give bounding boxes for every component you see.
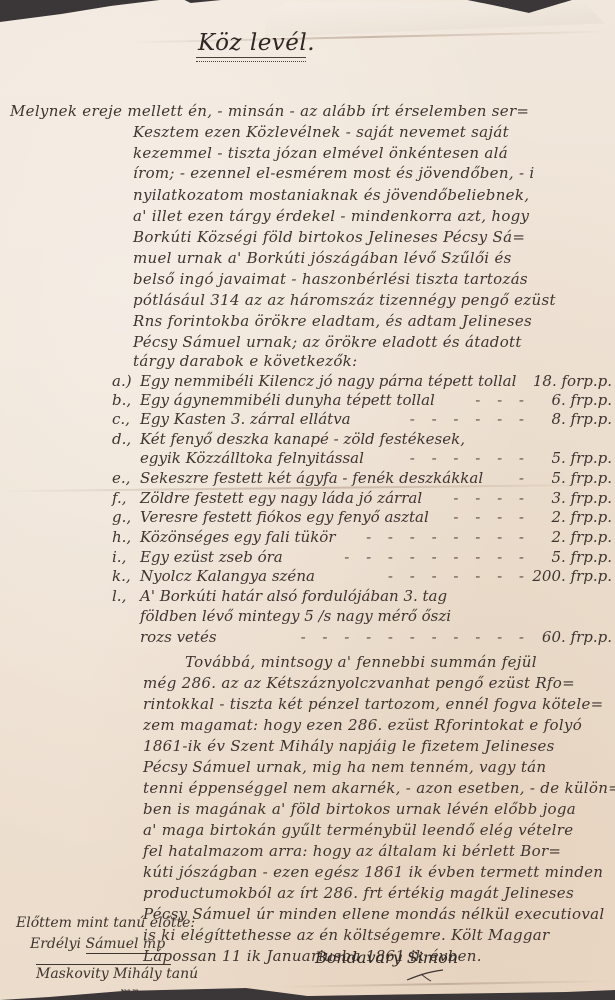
title-underline — [196, 57, 306, 62]
item-leader: - - - - - - - - - — [344, 548, 530, 566]
inventory-item: rozs vetés - - - - - - - - - - - 60. frp… — [112, 628, 612, 646]
item-description: Sekeszre festett két ágyfa - fenék deszk… — [140, 469, 483, 487]
inventory-item: d., Két fenyő deszka kanapé - zöld festé… — [112, 430, 612, 448]
item-letter: f., — [112, 489, 134, 507]
item-leader: - - - - - - - — [388, 567, 530, 585]
item-price: 200. frp.p. — [532, 567, 612, 585]
item-price: 5. frp.p. — [532, 469, 612, 487]
item-price: 5. frp.p. — [532, 449, 612, 467]
item-leader: - — [519, 469, 530, 487]
item-price: 60. frp.p. — [532, 628, 612, 646]
paragraph-line: zem magamat: hogy ezen 286. ezüst Rforin… — [143, 716, 582, 734]
item-price: 2. frp.p. — [532, 528, 612, 546]
item-description: Egy nemmibéli Kilencz jó nagy párna tépe… — [140, 372, 516, 390]
inventory-item: b., Egy ágynemmibéli dunyha tépett tolla… — [112, 391, 612, 409]
paragraph-line: is ki elégíttethesse az én költségemre. … — [143, 926, 549, 944]
item-price: 3. frp.p. — [532, 489, 612, 507]
item-description: földben lévő mintegy 5 /s nagy mérő őszi — [140, 607, 451, 625]
paragraph-line: fel hatalmazom arra: hogy az általam ki … — [143, 842, 561, 860]
item-letter: a.) — [112, 372, 134, 390]
item-price: 5. frp.p. — [532, 548, 612, 566]
paragraph-line: tárgy darabok e következők: — [133, 352, 357, 370]
item-letter: k., — [112, 567, 134, 585]
item-description: Két fenyő deszka kanapé - zöld festékese… — [140, 430, 465, 448]
item-description: Zöldre festett egy nagy láda jó zárral — [140, 489, 422, 507]
signature-underline — [36, 964, 171, 965]
item-description: Egy Kasten 3. zárral ellátva — [140, 410, 351, 428]
inventory-item: földben lévő mintegy 5 /s nagy mérő őszi — [112, 607, 612, 625]
item-price: 8. frp.p. — [532, 410, 612, 428]
paragraph-line: Rns forintokba örökre eladtam, és adtam … — [133, 312, 532, 330]
inventory-item: h., Közönséges egy fali tükör - - - - - … — [112, 528, 612, 546]
item-leader: - - - - — [453, 489, 530, 507]
item-description: Közönséges egy fali tükör — [140, 528, 336, 546]
signature: Bondavary Simon — [315, 948, 458, 967]
item-letter: c., — [112, 410, 134, 428]
paragraph-line: kezemmel - tiszta józan elmével önkéntes… — [133, 144, 508, 162]
item-letter: b., — [112, 391, 134, 409]
inventory-item: e., Sekeszre festett két ágyfa - fenék d… — [112, 469, 612, 487]
witness-mark: mp — [120, 984, 139, 1000]
item-description: Egy ezüst zseb óra — [140, 548, 283, 566]
item-price: 2. frp.p. — [532, 508, 612, 526]
paragraph-line: Továbbá, mintsogy a' fennebbi summán fej… — [185, 653, 537, 671]
witness-name: Erdélyi Sámuel mp — [30, 936, 165, 952]
item-description: rozs vetés — [140, 628, 217, 646]
item-letter: e., — [112, 469, 134, 487]
inventory-item: l., A' Borkúti határ alsó fordulójában 3… — [112, 587, 612, 605]
paper-sheet: Köz levél. Melynek ereje mellett én, - m… — [0, 0, 615, 1000]
paragraph-line: Pécsy Sámuel úr minden ellene mondás nél… — [143, 905, 604, 923]
item-leader: - - - - - - - - - - - — [301, 628, 530, 646]
inventory-item: k., Nyolcz Kalangya széna - - - - - - - … — [112, 567, 612, 585]
paragraph-line: még 286. az az Kétszáznyolczvanhat pengő… — [143, 674, 575, 692]
item-letter: g., — [112, 508, 134, 526]
paragraph-line: írom; - ezennel el-esmérem most és jöven… — [133, 164, 534, 182]
item-description: Egy ágynemmibéli dunyha tépett tollal — [140, 391, 435, 409]
item-leader: - - - — [475, 391, 530, 409]
item-letter: l., — [112, 587, 134, 605]
item-leader: - - - - - - - - — [366, 528, 530, 546]
paragraph-line: a' maga birtokán gyűlt terménybül leendő… — [143, 821, 573, 839]
item-letter: h., — [112, 528, 134, 546]
item-description: egyik Közzálltoka felnyitással — [140, 449, 364, 467]
item-description: Veresre festett fiókos egy fenyő asztal — [140, 508, 429, 526]
inventory-item: i., Egy ezüst zseb óra - - - - - - - - -… — [112, 548, 612, 566]
item-price: 6. frp.p. — [532, 391, 612, 409]
document-scan: Köz levél. Melynek ereje mellett én, - m… — [0, 0, 615, 1000]
signature-flourish-icon — [405, 968, 445, 982]
paragraph-line: 1861-ik év Szent Mihály napjáig le fizet… — [143, 737, 555, 755]
paragraph-line: belső ingó javaimat - haszonbérlési tisz… — [133, 270, 528, 288]
item-letter: d., — [112, 430, 134, 448]
inventory-item: c., Egy Kasten 3. zárral ellátva - - - -… — [112, 410, 612, 428]
item-leader: - - - - - - — [410, 449, 530, 467]
inventory-item: g., Veresre festett fiókos egy fenyő asz… — [112, 508, 612, 526]
paragraph-line: Pécsy Sámuel urnak; az örökre eladott és… — [133, 333, 522, 351]
paragraph-line: ben is magának a' föld birtokos urnak lé… — [143, 800, 576, 818]
paragraph-line: productumokból az írt 286. frt értékig m… — [143, 884, 574, 902]
item-letter: i., — [112, 548, 134, 566]
item-leader: - - - - - - — [410, 410, 530, 428]
paragraph-line: pótlásául 314 az az háromszáz tizennégy … — [133, 291, 556, 309]
paragraph-line: rintokkal - tiszta két pénzel tartozom, … — [143, 695, 604, 713]
inventory-item: f., Zöldre festett egy nagy láda jó zárr… — [112, 489, 612, 507]
paragraph-line: Kesztem ezen Közlevélnek - saját nevemet… — [133, 123, 509, 141]
inventory-item: a.) Egy nemmibéli Kilencz jó nagy párna … — [112, 372, 612, 390]
paragraph-line: Borkúti Községi föld birtokos Jelineses … — [133, 228, 525, 246]
signature-underline — [86, 953, 166, 954]
paragraph-line: a' illet ezen tárgy érdekel - mindenkorr… — [133, 207, 529, 225]
paragraph-line: nyilatkozatom mostaniaknak és jövendőbel… — [133, 186, 529, 204]
paragraph-line: kúti jószágban - ezen egész 1861 ik évbe… — [143, 863, 603, 881]
document-title: Köz levél. — [198, 30, 315, 56]
item-price: 18. forp.p. — [532, 372, 612, 390]
paper-crease — [280, 980, 610, 988]
paragraph-line: Pécsy Sámuel urnak, mig ha nem tenném, v… — [143, 758, 546, 776]
paragraph-line: tenni éppenséggel nem akarnék, - azon es… — [143, 779, 615, 797]
item-description: Nyolcz Kalangya széna — [140, 567, 315, 585]
item-leader: - - - - — [453, 508, 530, 526]
witness-name: Maskovity Mihály tanú — [36, 966, 198, 982]
witness-heading: Előttem mint tanú előtte: — [16, 915, 195, 931]
paragraph-line: Melynek ereje mellett én, - minsán - az … — [10, 102, 529, 120]
inventory-item: egyik Közzálltoka felnyitással - - - - -… — [112, 449, 612, 467]
paragraph-line: muel urnak a' Borkúti jószágában lévő Sz… — [133, 249, 512, 267]
item-description: A' Borkúti határ alsó fordulójában 3. ta… — [140, 587, 447, 605]
